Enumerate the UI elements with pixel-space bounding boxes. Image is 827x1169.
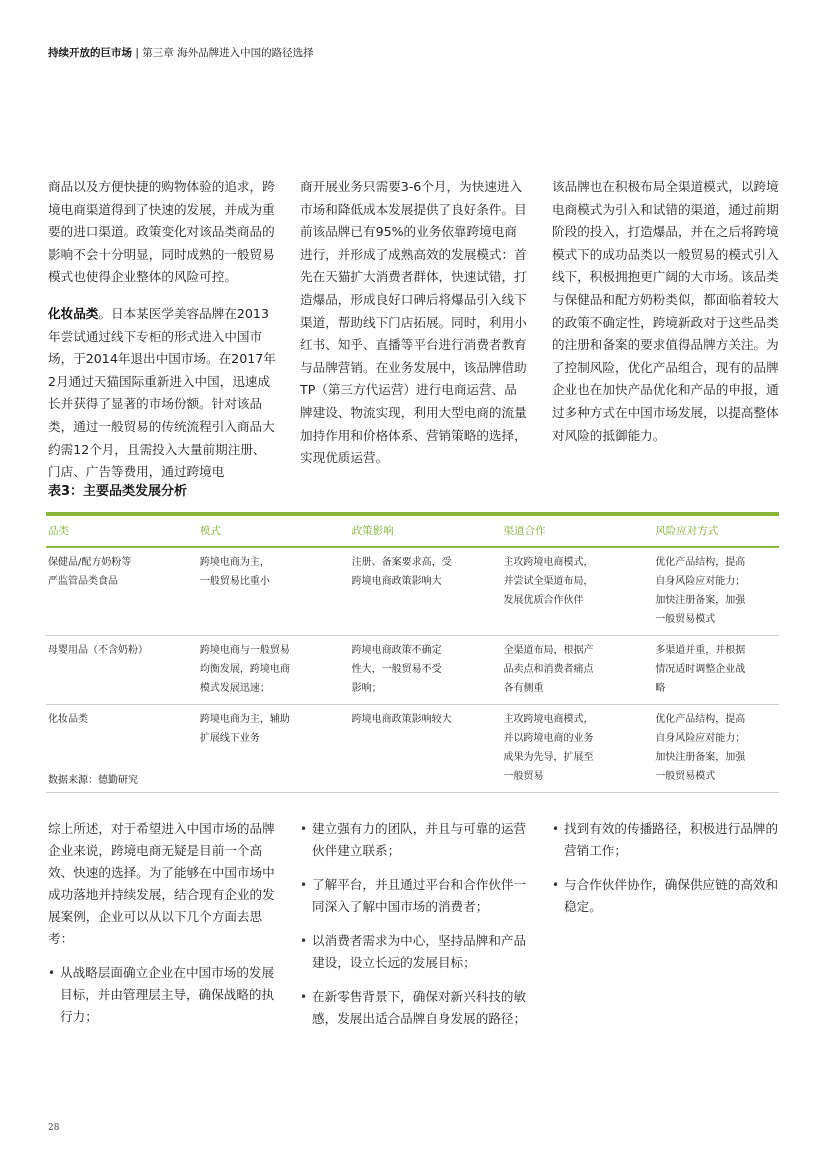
bullet-item: • 在新零售背景下，确保对新兴科技的敏感，发展出适合品牌自身发展的路径； [300, 986, 528, 1030]
bullet-item: • 建立强有力的团队，并且与可靠的运营伙伴建立联系； [300, 818, 528, 862]
bullet-icon: • [300, 986, 307, 1008]
report-title: 持续开放的巨市场 [48, 47, 132, 59]
bullet-icon: • [48, 962, 55, 984]
table-cell: 跨境电商政策影响较大 [350, 705, 502, 793]
table-source-note: 数据来源：德勤研究 [48, 771, 138, 786]
table-cell: 注册、备案要求高，受 跨境电商政策影响大 [350, 547, 502, 636]
bullet-text: 找到有效的传播路径，积极进行品牌的营销工作； [564, 821, 778, 858]
bullet-text: 以消费者需求为中心，坚持品牌和产品建设，设立长远的发展目标； [312, 933, 526, 970]
column-3: • 找到有效的传播路径，积极进行品牌的营销工作； • 与合作伙伴协作，确保供应链… [552, 818, 780, 1042]
header-separator: | [135, 47, 139, 59]
bullet-text: 从战略层面确立企业在中国市场的发展目标，并由管理层主导，确保战略的执行力； [60, 965, 274, 1024]
column-header: 政策影响 [350, 514, 502, 547]
column-header: 品类 [46, 514, 198, 547]
table-cell: 跨境电商为主，辅助 扩展线下业务 [198, 705, 350, 793]
bullet-item: • 找到有效的传播路径，积极进行品牌的营销工作； [552, 818, 780, 862]
paragraph: 商开展业务只需要3-6个月，为快速进入市场和降低成本发展提供了良好条件。目前该品… [300, 176, 528, 470]
body-bottom-columns: 综上所述，对于希望进入中国市场的品牌企业来说，跨境电商无疑是目前一个高效、快速的… [48, 818, 780, 1042]
column-1: 综上所述，对于希望进入中国市场的品牌企业来说，跨境电商无疑是目前一个高效、快速的… [48, 818, 276, 1042]
bullet-item: • 与合作伙伴协作，确保供应链的高效和稳定。 [552, 874, 780, 918]
bullet-icon: • [552, 874, 559, 896]
body-top-columns: 商品以及方便快捷的购物体验的追求，跨境电商渠道得到了快速的发展，并成为重要的进口… [48, 176, 780, 498]
bullet-text: 了解平台，并且通过平台和合作伙伴一同深入了解中国市场的消费者； [312, 877, 526, 914]
running-header: 持续开放的巨市场 | 第三章 海外品牌进入中国的路径选择 [48, 45, 314, 60]
paragraph: 商品以及方便快捷的购物体验的追求，跨境电商渠道得到了快速的发展，并成为重要的进口… [48, 176, 276, 289]
table-cell: 多渠道并重，并根据 情况适时调整企业战 略 [653, 636, 779, 705]
table-header-row: 品类 模式 政策影响 渠道合作 风险应对方式 [46, 514, 779, 547]
table-row: 母婴用品（不含奶粉） 跨境电商与一般贸易 均衡发展，跨境电商 模式发展迅速； 跨… [46, 636, 779, 705]
table-row: 保健品/配方奶粉等 严监管品类食品 跨境电商为主， 一般贸易比重小 注册、备案要… [46, 547, 779, 636]
bullet-item: • 以消费者需求为中心，坚持品牌和产品建设，设立长远的发展目标； [300, 930, 528, 974]
table-title: 表3：主要品类发展分析 [48, 480, 187, 499]
bullet-icon: • [552, 818, 559, 840]
bullet-text: 在新零售背景下，确保对新兴科技的敏感，发展出适合品牌自身发展的路径； [312, 989, 526, 1026]
table-cell: 优化产品结构，提高 自身风险应对能力； 加快注册备案，加强 一般贸易模式 [653, 705, 779, 793]
paragraph-text: 。日本某医学美容品牌在2013年尝试通过线下专柜的形式进入中国市场，于2014年… [48, 306, 276, 479]
table-cell: 跨境电商与一般贸易 均衡发展，跨境电商 模式发展迅速； [198, 636, 350, 705]
summary-paragraph: 综上所述，对于希望进入中国市场的品牌企业来说，跨境电商无疑是目前一个高效、快速的… [48, 818, 276, 950]
bullet-icon: • [300, 930, 307, 952]
table-cell: 主攻跨境电商模式， 并尝试全渠道布局， 发展优质合作伙伴 [501, 547, 653, 636]
table-cell: 母婴用品（不含奶粉） [46, 636, 198, 705]
column-3: 该品牌也在积极布局全渠道模式，以跨境电商模式为引入和试错的渠道，通过前期阶段的投… [552, 176, 780, 498]
column-header: 渠道合作 [501, 514, 653, 547]
table-cell: 保健品/配方奶粉等 严监管品类食品 [46, 547, 198, 636]
column-2: 商开展业务只需要3-6个月，为快速进入市场和降低成本发展提供了良好条件。目前该品… [300, 176, 528, 498]
column-header: 模式 [198, 514, 350, 547]
bullet-item: • 从战略层面确立企业在中国市场的发展目标，并由管理层主导，确保战略的执行力； [48, 962, 276, 1028]
table-row: 化妆品类 跨境电商为主，辅助 扩展线下业务 跨境电商政策影响较大 主攻跨境电商模… [46, 705, 779, 793]
category-analysis-table: 品类 模式 政策影响 渠道合作 风险应对方式 保健品/配方奶粉等 严监管品类食品… [46, 512, 779, 793]
column-1: 商品以及方便快捷的购物体验的追求，跨境电商渠道得到了快速的发展，并成为重要的进口… [48, 176, 276, 498]
table-cell: 跨境电商为主， 一般贸易比重小 [198, 547, 350, 636]
bullet-item: • 了解平台，并且通过平台和合作伙伴一同深入了解中国市场的消费者； [300, 874, 528, 918]
paragraph-cosmetics: 化妆品类。日本某医学美容品牌在2013年尝试通过线下专柜的形式进入中国市场，于2… [48, 303, 276, 484]
column-2: • 建立强有力的团队，并且与可靠的运营伙伴建立联系； • 了解平台，并且通过平台… [300, 818, 528, 1042]
table-cell: 跨境电商政策不确定 性大，一般贸易不受 影响； [350, 636, 502, 705]
table-cell: 全渠道布局，根据产 品卖点和消费者痛点 各有侧重 [501, 636, 653, 705]
bullet-icon: • [300, 874, 307, 896]
table-cell: 主攻跨境电商模式， 并以跨境电商的业务 成果为先导，扩展至 一般贸易 [501, 705, 653, 793]
bullet-text: 与合作伙伴协作，确保供应链的高效和稳定。 [564, 877, 778, 914]
bullet-icon: • [300, 818, 307, 840]
paragraph: 该品牌也在积极布局全渠道模式，以跨境电商模式为引入和试错的渠道，通过前期阶段的投… [552, 176, 780, 447]
table-cell: 优化产品结构，提高 自身风险应对能力； 加快注册备案，加强 一般贸易模式 [653, 547, 779, 636]
bullet-text: 建立强有力的团队，并且与可靠的运营伙伴建立联系； [312, 821, 526, 858]
chapter-title: 第三章 海外品牌进入中国的路径选择 [142, 47, 313, 59]
column-header: 风险应对方式 [653, 514, 779, 547]
page-number: 28 [48, 1123, 59, 1133]
paragraph-lead: 化妆品类 [48, 306, 98, 321]
